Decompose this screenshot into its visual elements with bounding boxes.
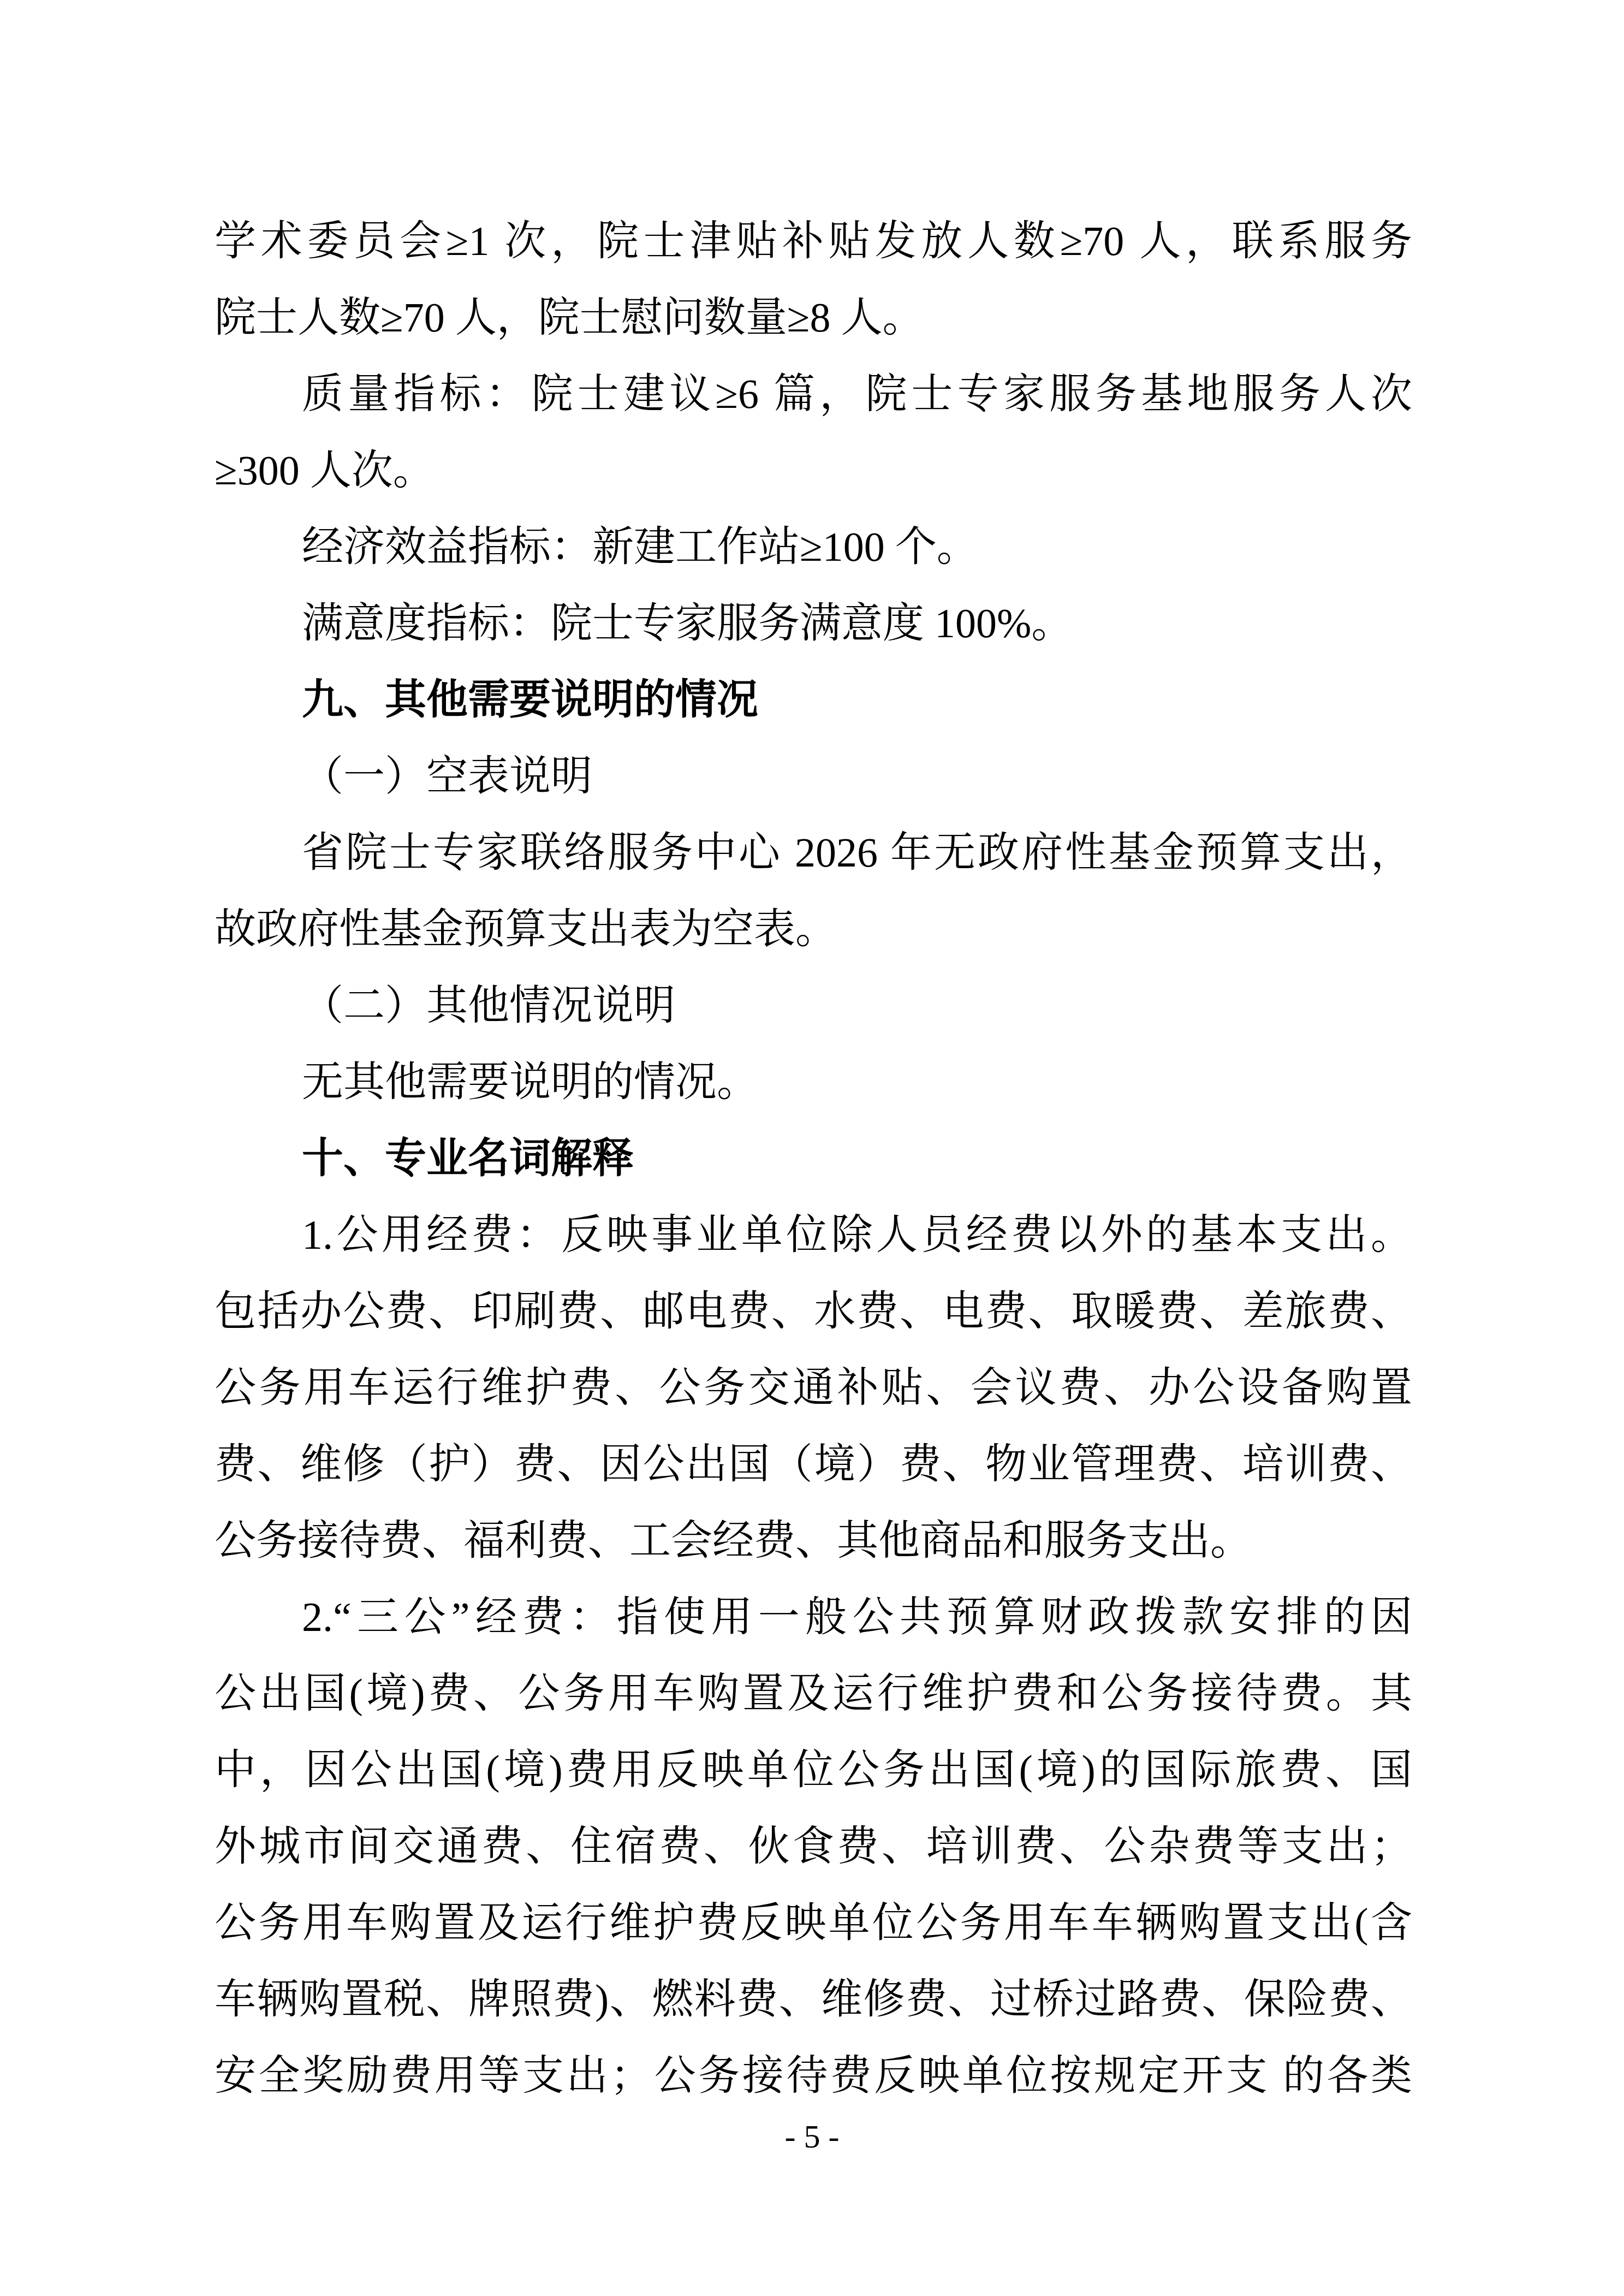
- text-line: （二）其他情况说明: [215, 968, 1412, 1044]
- text-line: 公务接待费、福利费、工会经费、其他商品和服务支出。: [215, 1503, 1412, 1579]
- text-line: 安全奖励费用等支出；公务接待费反映单位按规定开支 的各类: [215, 2038, 1412, 2114]
- text-line: 无其他需要说明的情况。: [215, 1044, 1412, 1120]
- text-line: 中，因公出国(境)费用反映单位公务出国(境)的国际旅费、国: [215, 1732, 1412, 1808]
- text-line: 外城市间交通费、住宿费、伙食费、培训费、公杂费等支出；: [215, 1808, 1412, 1885]
- text-line: 质量指标：院士建议≥6 篇，院士专家服务基地服务人次: [215, 356, 1412, 432]
- document-page: 学术委员会≥1 次，院士津贴补贴发放人数≥70 人，联系服务院士人数≥70 人，…: [0, 0, 1624, 2296]
- text-line: 省院士专家联络服务中心 2026 年无政府性基金预算支出，: [215, 815, 1412, 891]
- text-line: 1.公用经费：反映事业单位除人员经费以外的基本支出。: [215, 1197, 1412, 1273]
- document-body: 学术委员会≥1 次，院士津贴补贴发放人数≥70 人，联系服务院士人数≥70 人，…: [215, 203, 1412, 2114]
- text-line: 满意度指标：院士专家服务满意度 100%。: [215, 585, 1412, 662]
- text-line: 经济效益指标：新建工作站≥100 个。: [215, 509, 1412, 585]
- text-line: 公出国(境)费、公务用车购置及运行维护费和公务接待费。其: [215, 1656, 1412, 1732]
- page-number: - 5 -: [785, 2119, 840, 2155]
- text-line: 包括办公费、印刷费、邮电费、水费、电费、取暖费、差旅费、: [215, 1273, 1412, 1350]
- text-line: 学术委员会≥1 次，院士津贴补贴发放人数≥70 人，联系服务: [215, 203, 1412, 280]
- text-line: ≥300 人次。: [215, 432, 1412, 509]
- text-line: 公务用车运行维护费、公务交通补贴、会议费、办公设备购置: [215, 1350, 1412, 1426]
- page-footer: - 5 -: [0, 2119, 1624, 2155]
- text-line: 故政府性基金预算支出表为空表。: [215, 891, 1412, 968]
- text-line: 公务用车购置及运行维护费反映单位公务用车车辆购置支出(含: [215, 1885, 1412, 1961]
- text-line: 2.“三公”经费：指使用一般公共预算财政拨款安排的因: [215, 1579, 1412, 1656]
- section-heading: 九、其他需要说明的情况: [215, 662, 1412, 738]
- text-line: （一）空表说明: [215, 738, 1412, 815]
- text-line: 费、维修（护）费、因公出国（境）费、物业管理费、培训费、: [215, 1426, 1412, 1503]
- section-heading: 十、专业名词解释: [215, 1120, 1412, 1197]
- text-line: 车辆购置税、牌照费)、燃料费、维修费、过桥过路费、保险费、: [215, 1961, 1412, 2038]
- text-line: 院士人数≥70 人，院士慰问数量≥8 人。: [215, 280, 1412, 356]
